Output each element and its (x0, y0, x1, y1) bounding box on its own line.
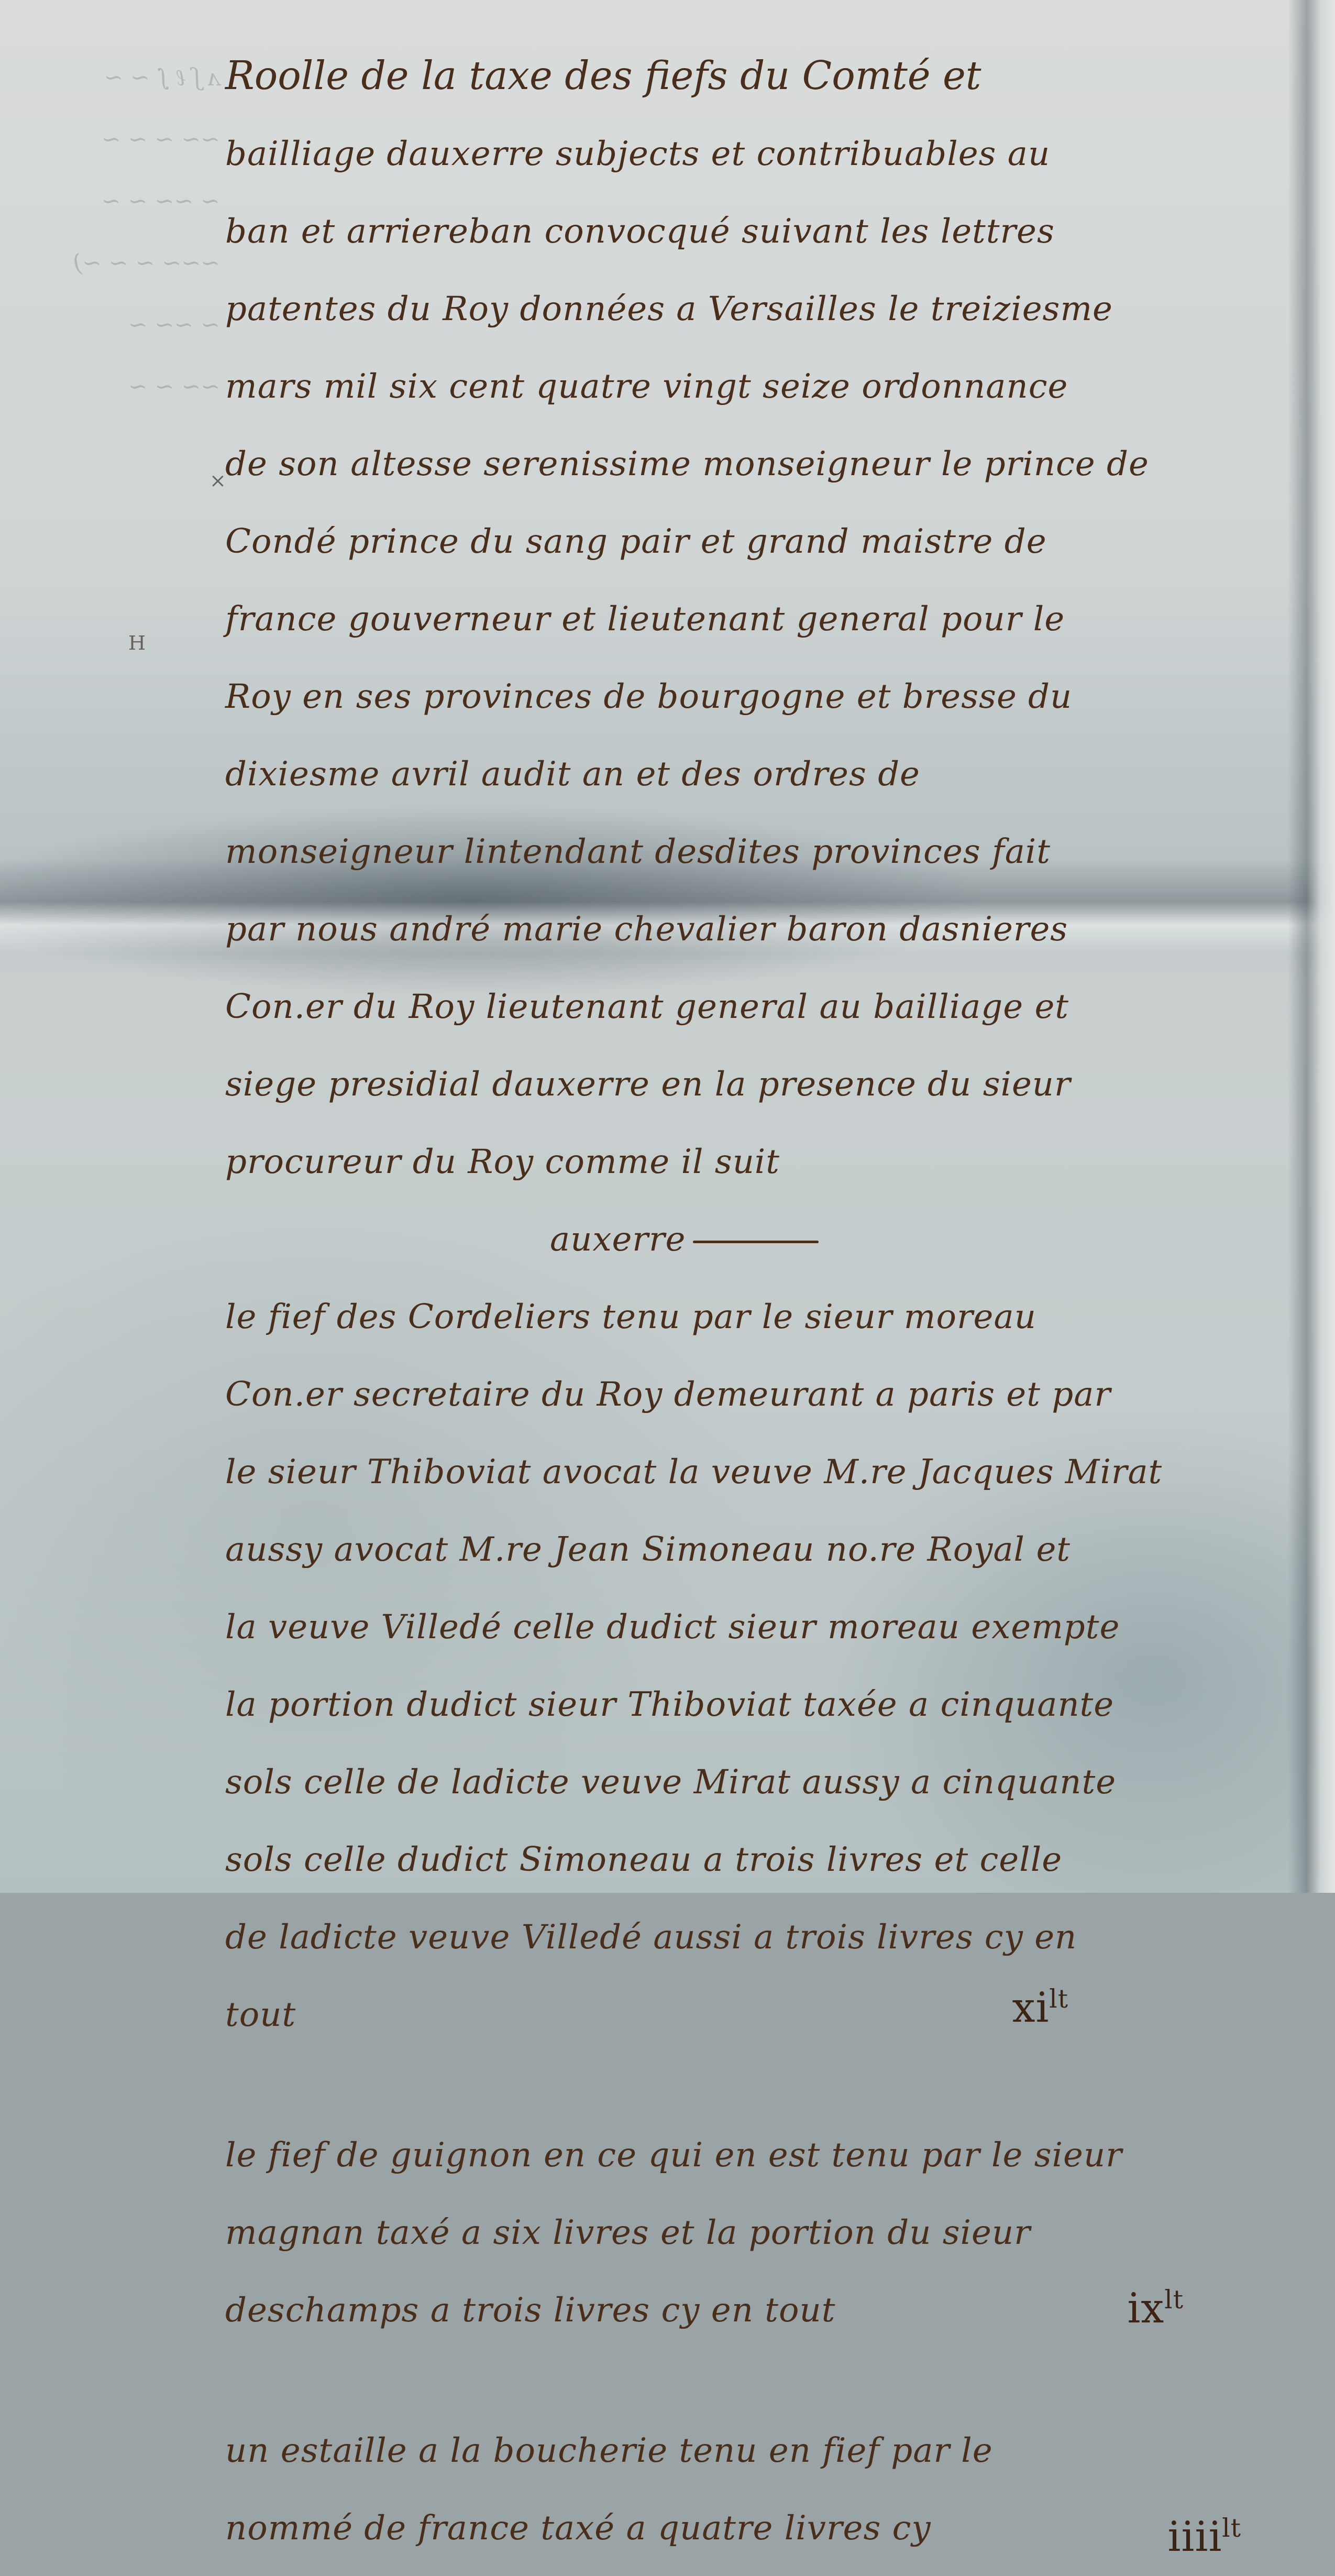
heading-line-12: par nous andré marie chevalier baron das… (225, 891, 1288, 968)
manuscript-text: Roolle de la taxe des fiefs du Comté et … (225, 37, 1288, 1893)
entry-line: Con.er secretaire du Roy demeurant a par… (225, 1356, 1288, 1433)
entry-line: aussy avocat M.re Jean Simoneau no.re Ro… (225, 1511, 1288, 1588)
entry-line: le fief des Cordeliers tenu par le sieur… (225, 1278, 1288, 1356)
heading-line-6: de son altesse serenissime monseigneur l… (225, 425, 1288, 503)
section-heading-text: auxerre (550, 1220, 686, 1259)
heading-line-9: Roy en ses provinces de bourgogne et bre… (225, 658, 1288, 736)
section-rule (693, 1241, 819, 1243)
entry-line: sols celle dudict Simoneau a trois livre… (225, 1821, 1288, 1893)
torn-right-edge (1288, 0, 1335, 1893)
entry-cordeliers: le fief des Cordeliers tenu par le sieur… (225, 1278, 1288, 1893)
heading-line-15: procureur du Roy comme il suit (225, 1123, 1288, 1201)
entry-line: sols celle de ladicte veuve Mirat aussy … (225, 1744, 1288, 1821)
margin-h-mark: H (128, 631, 146, 654)
heading-line-13: Con.er du Roy lieutenant general au bail… (225, 968, 1288, 1046)
entry-line: la portion dudict sieur Thiboviat taxée … (225, 1666, 1288, 1744)
heading-line-10: dixiesme avril audit an et des ordres de (225, 736, 1288, 813)
heading-line-2: bailliage dauxerre subjects et contribua… (225, 115, 1288, 193)
heading-line-14: siege presidial dauxerre en la presence … (225, 1046, 1288, 1123)
entry-line: la veuve Villedé celle dudict sieur more… (225, 1588, 1288, 1666)
manuscript-page: ᴧ ʃ ℓ ∫ ~ ~ ~~ ~ ~ ~ ~ ~~ ~ ~ ~~~ ~ ~ ~)… (0, 0, 1335, 1893)
heading-line-11: monseigneur lintendant desdites province… (225, 813, 1288, 891)
section-heading: auxerre (225, 1201, 1288, 1278)
margin-cross-mark: × (209, 469, 226, 492)
heading-line-1: Roolle de la taxe des fiefs du Comté et (225, 37, 1288, 115)
heading-line-4: patentes du Roy données a Versailles le … (225, 270, 1288, 348)
heading-line-8: france gouverneur et lieutenant general … (225, 580, 1288, 658)
heading-line-3: ban et arriereban convocqué suivant les … (225, 193, 1288, 270)
heading-line-7: Condé prince du sang pair et grand maist… (225, 503, 1288, 580)
heading-line-5: mars mil six cent quatre vingt seize ord… (225, 348, 1288, 425)
entry-line: le sieur Thiboviat avocat la veuve M.re … (225, 1433, 1288, 1511)
